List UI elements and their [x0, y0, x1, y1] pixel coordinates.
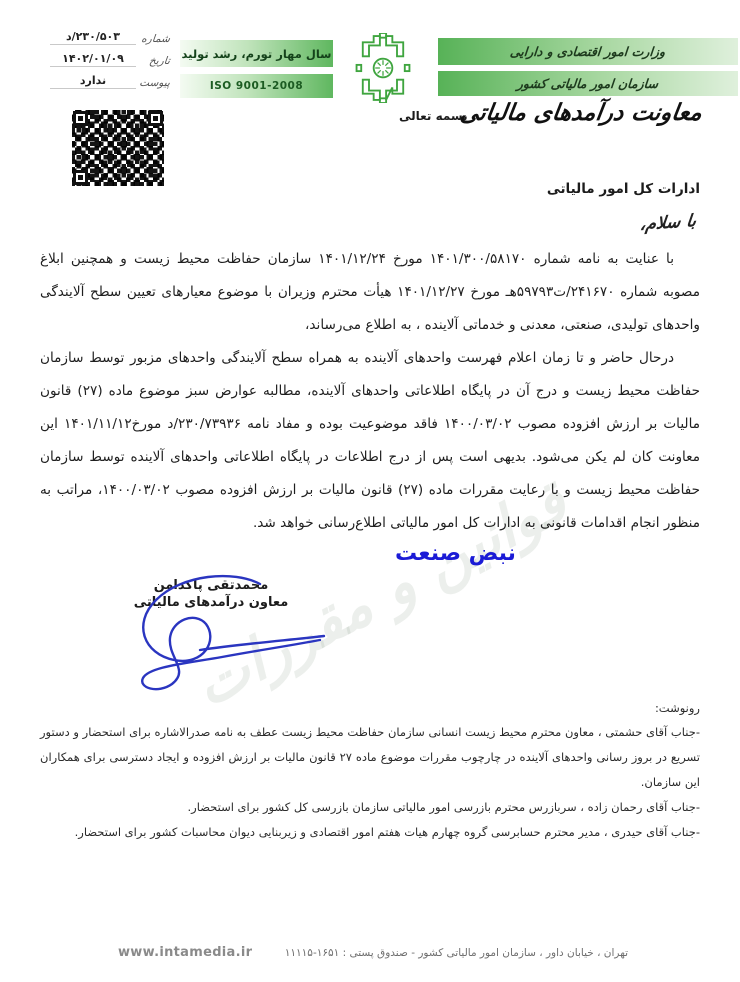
ministry-banner: وزارت امور اقتصادی و دارایی — [438, 38, 738, 65]
letter-meta-block: شماره ۲۳۰/۵۰۳/د تاریخ ۱۴۰۲/۰۱/۰۹ پیوست ن… — [50, 30, 170, 96]
bismillah-text: بسمه تعالی — [399, 109, 468, 123]
recipient-line: ادارات کل امور مالیاتی — [547, 181, 700, 197]
letter-date-label: تاریخ — [135, 55, 170, 67]
ministry-banner-text: وزارت امور اقتصادی و دارایی — [510, 44, 666, 59]
signatory-name: محمدتقی پاکدامن — [96, 578, 326, 593]
cc-section: رونوشت: -جناب آقای حشمتی ، معاون محترم م… — [40, 696, 700, 845]
cc-item: -جناب آقای رحمان زاده ، سربازرس محترم با… — [40, 795, 700, 820]
signatory-title: معاون درآمدهای مالیاتی — [96, 595, 326, 610]
qr-code — [72, 110, 164, 186]
letter-number-row: شماره ۲۳۰/۵۰۳/د — [50, 30, 170, 45]
greeting-text: با سلام، — [639, 211, 697, 235]
letter-body: با عنایت به نامه شماره ۱۴۰۱/۳۰۰/۵۸۱۷۰ مو… — [40, 243, 700, 540]
footer-address: تهران ، خیابان داور ، سازمان امور مالیات… — [268, 947, 628, 959]
letter-date-value: ۱۴۰۲/۰۱/۰۹ — [50, 52, 136, 67]
letter-number-label: شماره — [135, 33, 170, 45]
letter-attachment-value: ندارد — [50, 74, 136, 89]
tax-administration-logo-icon — [344, 33, 422, 103]
deputy-title-calligraphy: معاونت درآمدهای مالیاتی — [510, 100, 704, 126]
letter-attachment-label: پیوست — [135, 77, 170, 89]
official-letter-page: شماره ۲۳۰/۵۰۳/د تاریخ ۱۴۰۲/۰۱/۰۹ پیوست ن… — [0, 0, 740, 982]
qr-finder-icon — [73, 111, 88, 126]
qr-finder-icon — [148, 111, 163, 126]
iso-banner: ISO 9001-2008 — [180, 74, 333, 98]
blue-watermark-text: نبض صنعت — [395, 541, 516, 566]
letter-attachment-row: پیوست ندارد — [50, 74, 170, 89]
cc-item: -جناب آقای حشمتی ، معاون محترم محیط زیست… — [40, 720, 700, 795]
cc-label: رونوشت: — [40, 696, 700, 720]
iso-banner-text: ISO 9001-2008 — [210, 80, 303, 92]
qr-finder-icon — [73, 170, 88, 185]
body-paragraph: درحال حاضر و تا زمان اعلام فهرست واحدهای… — [40, 342, 700, 540]
footer-website: www.intamedia.ir — [118, 945, 252, 960]
organization-banner: سازمان امور مالیاتی کشور — [438, 71, 738, 96]
letter-date-row: تاریخ ۱۴۰۲/۰۱/۰۹ — [50, 52, 170, 67]
slogan-banner-text: سال مهار تورم، رشد تولید — [182, 47, 332, 61]
cc-item: -جناب آقای حیدری ، مدیر محترم حسابرسی گر… — [40, 820, 700, 845]
signature-block: محمدتقی پاکدامن معاون درآمدهای مالیاتی — [96, 578, 326, 610]
organization-banner-text: سازمان امور مالیاتی کشور — [517, 76, 659, 91]
letter-number-value: ۲۳۰/۵۰۳/د — [50, 30, 136, 45]
body-paragraph: با عنایت به نامه شماره ۱۴۰۱/۳۰۰/۵۸۱۷۰ مو… — [40, 243, 700, 342]
slogan-banner: سال مهار تورم، رشد تولید — [180, 40, 333, 67]
